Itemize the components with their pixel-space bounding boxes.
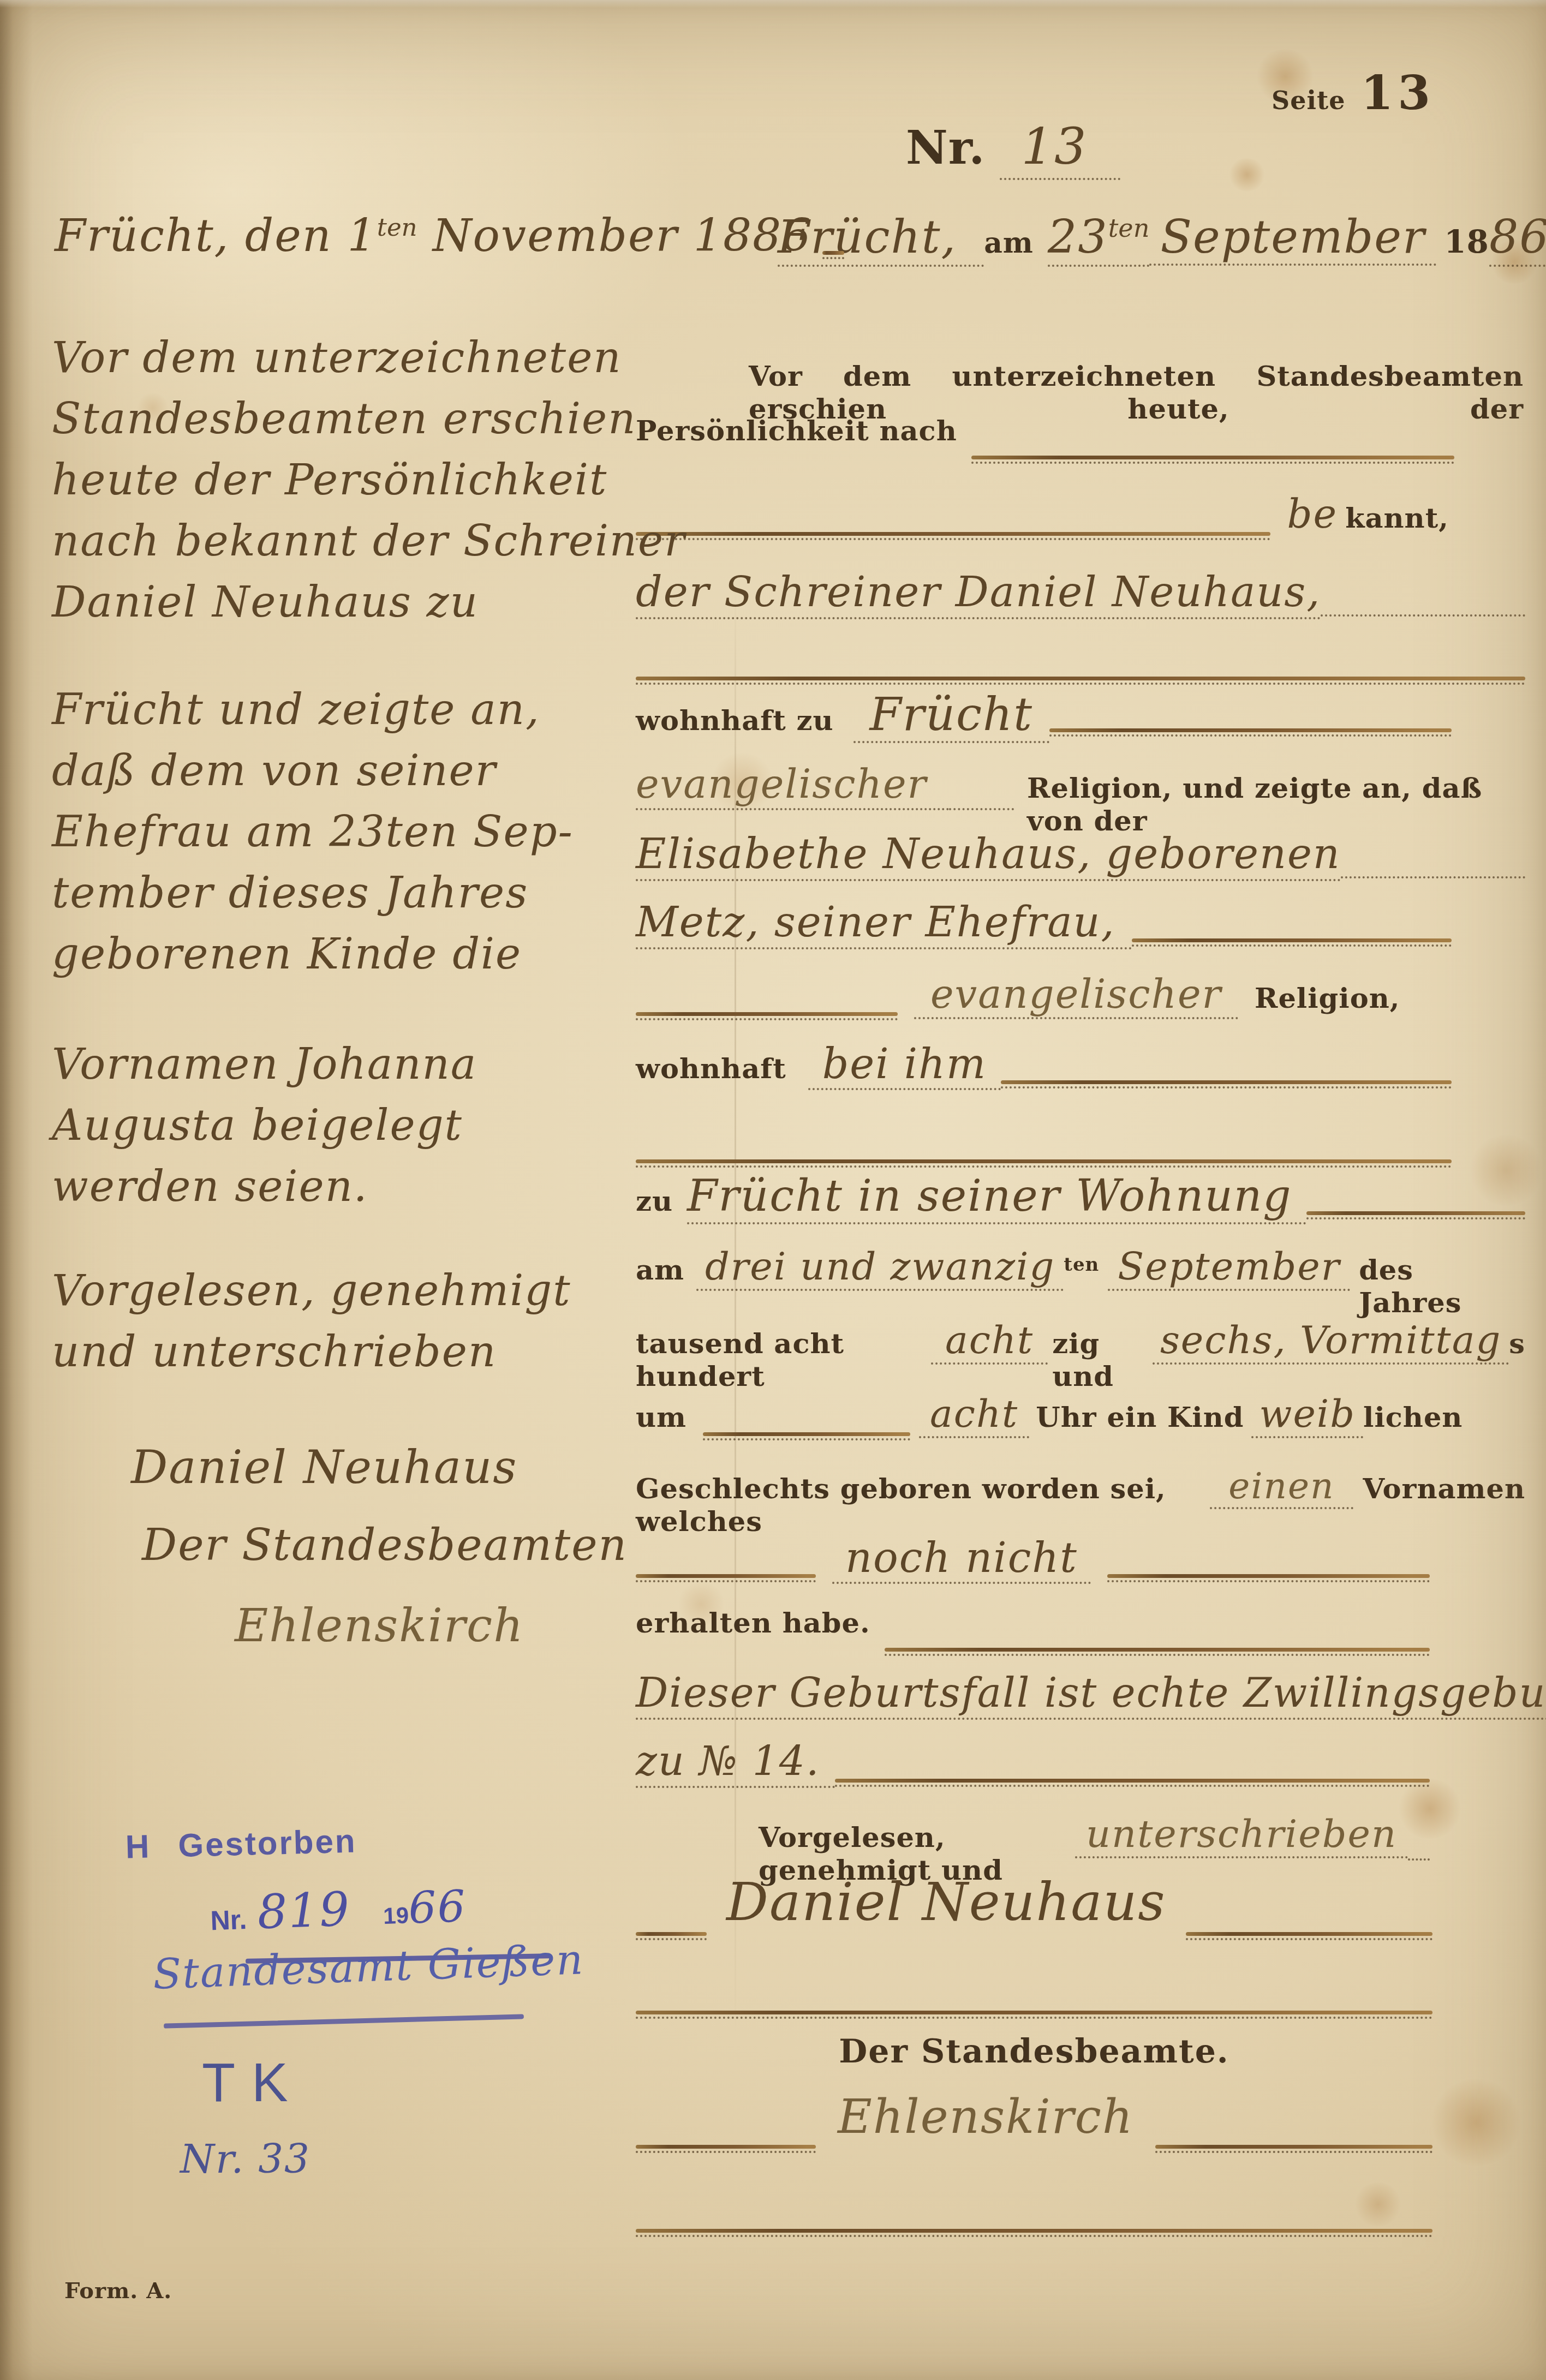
blank-rule (636, 677, 1525, 685)
religion2-label: Religion, (1255, 982, 1400, 1015)
bei-ihm-written: bei ihm (808, 1039, 1001, 1090)
noch-nicht-written: noch nicht (832, 1533, 1091, 1584)
be-written: be (1287, 491, 1338, 537)
registrar-title-row: Der Standesbeamte. (636, 2032, 1432, 2071)
stamp-year-printed: 19 (383, 1903, 409, 1930)
margin-line: Vor dem unterzeichneten (52, 327, 686, 388)
wohnhaft-zu-label: wohnhaft zu (636, 704, 834, 737)
mother2-written: Metz, seiner Ehefrau, (636, 898, 1132, 949)
margin-signature-registrar: Ehlenskirch (235, 1599, 524, 1652)
row-twin-note2: zu № 14. (636, 1738, 1430, 1795)
stain (1430, 2079, 1523, 2166)
stamp-year-written: 66 (408, 1881, 467, 1934)
dateline-month: September (1149, 210, 1436, 266)
blank-rule (1341, 870, 1525, 878)
margin-line: nach bekannt der Schreiner (52, 511, 686, 572)
row-blank-rule (636, 636, 1525, 692)
gestorben-stamp-number-row: Nr. 819 19 66 (209, 1878, 467, 1941)
margin-line: Augusta beigelegt (52, 1095, 477, 1156)
margin-line: Vornamen Johanna (52, 1034, 477, 1095)
margin-line: Daniel Neuhaus zu (52, 572, 686, 633)
registry-page: Seite 13 Nr. 13 Frücht, am 23ten Septemb… (0, 0, 1546, 2380)
margin-line: Frücht und zeigte an, (52, 679, 574, 740)
row-wohnhaft-bei: wohnhaft bei ihm (636, 1039, 1452, 1096)
row-birthyear: tausend acht hundert acht zig und sechs,… (636, 1318, 1525, 1374)
stamp-nr-value: 819 (256, 1882, 351, 1940)
margin-closing-block: Vorgelesen, genehmigt und unterschrieben (52, 1260, 571, 1383)
blank-rule (835, 1779, 1430, 1787)
page-header: Seite 13 (1272, 65, 1435, 121)
blank-rule (949, 802, 1014, 810)
page-number: 13 (1360, 65, 1435, 121)
tausend-label: tausend acht hundert (636, 1327, 909, 1393)
row-birthplace: zu Frücht in seiner Wohnung (636, 1170, 1525, 1227)
blank-rule (636, 1159, 1452, 1168)
dateline-year-written: 86 (1489, 210, 1546, 267)
declarant-signature: Daniel Neuhaus (726, 1871, 1166, 1933)
row-religion-father: evangelischer Religion, und zeigte an, d… (636, 761, 1525, 818)
s-label: s (1509, 1327, 1525, 1360)
row-mother: Elisabethe Neuhaus, geborenen (636, 829, 1525, 886)
um-label: um (636, 1401, 687, 1434)
blank-rule (885, 1648, 1430, 1656)
margin-note-block2: Frücht und zeigte an, daß dem von seiner… (52, 679, 574, 985)
decade-written: acht (931, 1318, 1048, 1365)
blank-rule (1186, 1932, 1432, 1940)
row-twin-note1: Dieser Geburtsfall ist echte Zwillingsge… (636, 1670, 1525, 1726)
record-number-label: Nr. (906, 121, 986, 175)
margin-line: Standesbeamten erschien (52, 388, 686, 450)
margin-closing-line1: Vorgelesen, genehmigt (52, 1260, 571, 1321)
row-persoenlichkeit: Persönlichkeit nach (636, 415, 1454, 471)
erhalten-habe-label: erhalten habe. (636, 1607, 870, 1640)
zig-und-label: zig und (1052, 1327, 1146, 1393)
margin-signature-role: Der Standesbeamten (142, 1520, 628, 1570)
paper-binding-edge (0, 0, 33, 2380)
blank-rule (1049, 728, 1452, 737)
margin-note-block1: Vor dem unterzeichneten Standesbeamten e… (52, 327, 686, 633)
declarant-written: der Schreiner Daniel Neuhaus, (636, 567, 1321, 619)
hour-written: acht (919, 1391, 1029, 1438)
row-blank-rule (636, 1119, 1452, 1175)
stamp-office-underline (164, 2014, 524, 2028)
tk-number: Nr. 33 (180, 2136, 311, 2182)
margin-note-block3: Vornamen Johanna Augusta beigelegt werde… (52, 1034, 477, 1217)
blank-rule (1321, 608, 1525, 617)
seite-label: Seite (1272, 86, 1345, 115)
birthplace-written: Frücht in seiner Wohnung (687, 1170, 1306, 1224)
form-label: Form. A. (64, 2278, 172, 2304)
blank-rule (703, 1432, 910, 1440)
blank-rule (1001, 1080, 1452, 1089)
registrar-signature: Ehlenskirch (838, 2090, 1133, 2144)
religion1-written: evangelischer (636, 761, 949, 810)
stamp-office: Standesamt Gießen (152, 1935, 585, 1999)
row-residence: wohnhaft zu Frücht (636, 687, 1452, 744)
row-blank-rule (636, 1970, 1432, 2026)
closing-written: unterschrieben (1075, 1811, 1408, 1858)
geschlechts-label: Geschlechts geboren worden sei, welches (636, 1473, 1197, 1538)
zu-label: zu (636, 1185, 673, 1218)
year-words-written: sechs, Vormittag (1153, 1318, 1509, 1365)
blank-rule (1107, 1574, 1430, 1582)
blank-rule (1132, 938, 1452, 947)
row-bekannt: be kannt, (636, 491, 1449, 548)
row-birth-hour: um acht Uhr ein Kind weib lichen (636, 1391, 1503, 1448)
vornamen-label: Vornamen (1363, 1473, 1525, 1505)
row-birthday: am drei und zwanzig ten September des Ja… (636, 1244, 1525, 1301)
row-geschlechts: Geschlechts geboren worden sei, welches … (636, 1465, 1525, 1522)
form-dateline: Frücht, am 23ten September 18 86 (778, 210, 1525, 267)
margin-closing-line2: und unterschrieben (52, 1321, 571, 1383)
blank-rule (1306, 1211, 1525, 1219)
residence-written: Frücht (853, 687, 1049, 743)
row-erhalten: erhalten habe. (636, 1607, 1430, 1664)
tk-mark: TK (202, 2052, 305, 2114)
blank-rule (636, 2145, 816, 2153)
blank-rule (636, 2229, 1432, 2237)
blank-rule (971, 456, 1454, 464)
gender-written: weib (1251, 1391, 1363, 1438)
religion1-label: Religion, und zeigte an, daß von der (1027, 772, 1525, 838)
day-written: drei und zwanzig (696, 1244, 1064, 1291)
blank-rule (636, 1012, 898, 1020)
einen-written: einen (1210, 1465, 1353, 1509)
margin-line: Ehefrau am 23ten Sep- (52, 802, 574, 863)
margin-dateline: Frücht, den 1ten November 1886 (55, 210, 780, 267)
am-label: am (636, 1254, 684, 1287)
margin-dateline-text: Frücht, den 1ten November 1886 (55, 210, 811, 262)
lichen-label: lichen (1363, 1401, 1463, 1434)
row-closing: Vorgelesen, genehmigt und unterschrieben (759, 1811, 1430, 1868)
margin-signature-declarant: Daniel Neuhaus (131, 1440, 517, 1494)
margin-line: werden seien. (52, 1156, 477, 1217)
blank-rule (636, 1932, 707, 1940)
row-noch-nicht: noch nicht (636, 1533, 1430, 1590)
religion2-written: evangelischer (914, 971, 1238, 1019)
row-declarant-signature: Daniel Neuhaus (636, 1871, 1432, 1948)
blank-rule (822, 251, 844, 259)
ten-label: ten (1064, 1254, 1099, 1276)
kannt-label: kannt, (1345, 502, 1449, 535)
margin-line: tember dieses Jahres (52, 863, 574, 924)
uhr-ein-kind-label: Uhr ein Kind (1036, 1401, 1244, 1434)
margin-line: daß dem von seiner (52, 740, 574, 802)
registrar-title: Der Standesbeamte. (839, 2032, 1229, 2071)
stamp-gestorben: Gestorben (178, 1822, 357, 1864)
blank-rule (1155, 2145, 1432, 2153)
stamp-nr-label: Nr. (210, 1904, 248, 1936)
note-line1-written: Dieser Geburtsfall ist echte Zwillingsge… (636, 1670, 1546, 1720)
dateline-day: 23ten (1048, 210, 1150, 267)
gestorben-stamp: H Gestorben (125, 1822, 357, 1865)
wohnhaft-label: wohnhaft (636, 1053, 786, 1085)
blank-rule (636, 532, 1270, 540)
margin-line: geborenen Kinde die (52, 924, 574, 985)
stamp-h: H (125, 1828, 151, 1865)
record-number-row: Nr. 13 (906, 117, 1211, 174)
row-blank-rule (636, 2188, 1432, 2245)
des-jahres-label: des Jahres (1359, 1254, 1525, 1319)
month-written: September (1108, 1244, 1350, 1291)
row-religion-mother: evangelischer Religion, (636, 971, 1465, 1028)
margin-line: heute der Persönlichkeit (52, 450, 686, 511)
stain (1228, 158, 1266, 191)
record-number-value: 13 (1000, 117, 1120, 180)
row-registrar-signature: Ehlenskirch (636, 2090, 1432, 2161)
note-line2-written: zu № 14. (636, 1738, 835, 1788)
blank-rule (636, 2011, 1432, 2019)
blank-rule (1408, 1852, 1430, 1861)
paper-top-edge (0, 0, 1546, 8)
dateline-year-printed: 18 (1444, 223, 1489, 260)
row-mother2: Metz, seiner Ehefrau, (636, 898, 1452, 954)
row-declarant: der Schreiner Daniel Neuhaus, (636, 567, 1525, 624)
dateline-am-label: am (984, 226, 1034, 260)
blank-rule (636, 1574, 816, 1582)
mother-written: Elisabethe Neuhaus, geborenen (636, 829, 1341, 881)
